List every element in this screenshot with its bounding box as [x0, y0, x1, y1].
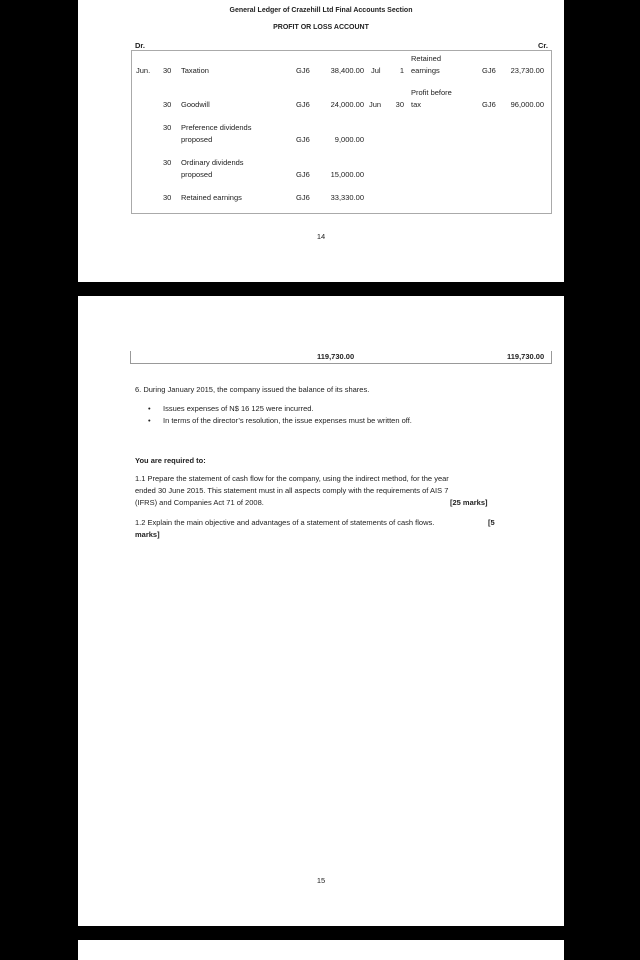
entry-day: 30 [163, 192, 171, 204]
bullet-icon: • [148, 415, 151, 427]
entry-description-cont: tax [411, 99, 421, 111]
entry-description: Taxation [181, 65, 209, 77]
ledger-totals-row: 119,730.00 119,730.00 [130, 351, 552, 364]
bullet-icon: • [148, 403, 151, 415]
entry-amount: 9,000.00 [312, 134, 364, 146]
entry-month: Jul [371, 65, 381, 77]
entry-folio: GJ6 [296, 99, 310, 111]
entry-description: Profit before [411, 87, 452, 99]
entry-month: Jun. [136, 65, 150, 77]
item-6-text: 6. During January 2015, the company issu… [135, 384, 369, 396]
entry-amount: 38,400.00 [312, 65, 364, 77]
document-page-next [78, 940, 564, 960]
document-page-14: General Ledger of Crazehill Ltd Final Ac… [78, 0, 564, 282]
account-title: PROFIT OR LOSS ACCOUNT [78, 24, 564, 31]
entry-day: 30 [163, 122, 171, 134]
bullet-text: In terms of the director’s resolution, t… [163, 415, 412, 427]
required-heading: You are required to: [135, 455, 206, 467]
entry-day: 30 [390, 99, 404, 111]
entry-amount: 24,000.00 [312, 99, 364, 111]
entry-folio: GJ6 [296, 134, 310, 146]
entry-folio: GJ6 [296, 65, 310, 77]
entry-amount: 33,330.00 [312, 192, 364, 204]
question-1-1-line-2: ended 30 June 2015. This statement must … [135, 485, 448, 497]
page-number: 14 [78, 232, 564, 241]
entry-description: Goodwill [181, 99, 210, 111]
document-title: General Ledger of Crazehill Ltd Final Ac… [78, 7, 564, 14]
question-1-2-marks-start: [5 [488, 517, 495, 529]
total-credit: 119,730.00 [507, 351, 544, 363]
question-1-2-text: 1.2 Explain the main objective and advan… [135, 517, 434, 529]
entry-day: 30 [163, 99, 171, 111]
entry-description-cont: proposed [181, 134, 212, 146]
entry-month: Jun [369, 99, 381, 111]
entry-day: 30 [163, 157, 171, 169]
entry-description: Retained earnings [181, 192, 242, 204]
question-1-1-marks: [25 marks] [450, 497, 488, 509]
credit-label: Cr. [538, 41, 548, 50]
document-page-15: 119,730.00 119,730.00 6. During January … [78, 296, 564, 926]
entry-day: 1 [390, 65, 404, 77]
entry-folio: GJ6 [296, 169, 310, 181]
entry-amount: 96,000.00 [494, 99, 544, 111]
question-1-1-line-3: (IFRS) and Companies Act 71 of 2008. [135, 497, 264, 509]
debit-label: Dr. [135, 41, 145, 50]
question-1-2-marks-end: marks] [135, 529, 160, 541]
entry-amount: 15,000.00 [312, 169, 364, 181]
page-number: 15 [78, 876, 564, 885]
entry-folio: GJ6 [296, 192, 310, 204]
entry-day: 30 [163, 65, 171, 77]
ledger-table: Jun. 30 Taxation GJ6 38,400.00 30 Goodwi… [131, 50, 552, 214]
total-debit: 119,730.00 [317, 351, 354, 363]
entry-description: Retained [411, 53, 441, 65]
question-1-1-line-1: 1.1 Prepare the statement of cash flow f… [135, 473, 449, 485]
entry-description: Ordinary dividends [181, 157, 244, 169]
entry-description-cont: earnings [411, 65, 440, 77]
entry-description: Preference dividends [181, 122, 251, 134]
bullet-text: Issues expenses of N$ 16 125 were incurr… [163, 403, 314, 415]
entry-description-cont: proposed [181, 169, 212, 181]
entry-amount: 23,730.00 [494, 65, 544, 77]
